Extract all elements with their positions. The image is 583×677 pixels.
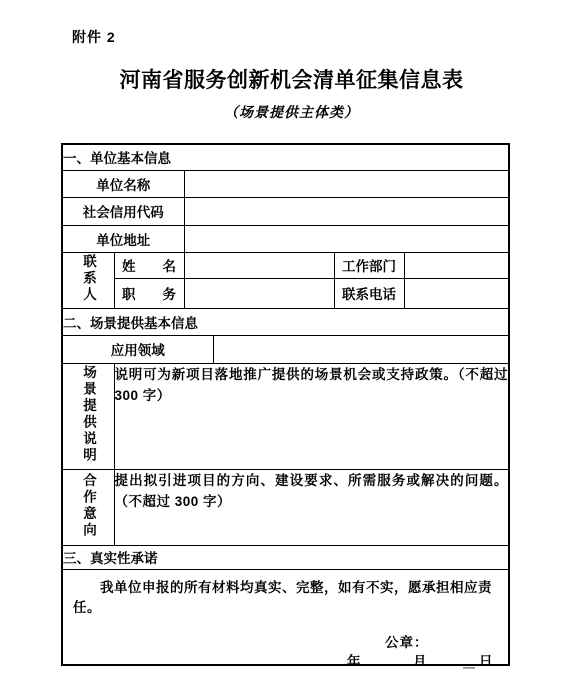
contact-phone-label: 联系电话	[334, 278, 404, 308]
cooperation-intention-label-text: 合作意向	[82, 473, 96, 539]
commitment-content: 我单位申报的所有材料均真实、完整，如有不实，愿承担相应责任。 公章： 年 月 日	[63, 578, 508, 664]
contact-phone-field[interactable]	[404, 278, 509, 308]
credit-code-field[interactable]	[184, 197, 509, 225]
attachment-label: 附件 2	[72, 27, 116, 47]
commitment-statement: 我单位申报的所有材料均真实、完整，如有不实，愿承担相应责任。	[73, 578, 498, 619]
scene-description-label: 场景提供说明	[62, 363, 114, 469]
credit-code-label: 社会信用代码	[62, 197, 184, 225]
table-row: 场景提供说明 说明可为新项目落地推广提供的场景机会或支持政策。（不超过 300 …	[62, 363, 509, 469]
application-field-label: 应用领域	[62, 335, 213, 363]
table-row: 职 务 联系电话	[62, 278, 509, 308]
contact-name-label: 姓 名	[114, 252, 184, 278]
section1-header-row: 一、单位基本信息	[62, 144, 509, 170]
contact-group-label: 联系人	[62, 252, 114, 308]
page-subtitle: （场景提供主体类）	[0, 102, 583, 122]
table-row: 单位名称	[62, 170, 509, 197]
table-row: 我单位申报的所有材料均真实、完整，如有不实，愿承担相应责任。 公章： 年 月 日	[62, 569, 509, 665]
commitment-cell: 我单位申报的所有材料均真实、完整，如有不实，愿承担相应责任。 公章： 年 月 日	[62, 569, 509, 665]
cooperation-intention-label: 合作意向	[62, 469, 114, 545]
scene-description-label-text: 场景提供说明	[82, 365, 96, 464]
unit-address-label: 单位地址	[62, 225, 184, 252]
document-page: 附件 2 河南省服务创新机会清单征集信息表 （场景提供主体类） 一、单位基本信息…	[0, 0, 583, 677]
section2-header-row: 二、场景提供基本信息	[62, 308, 509, 335]
table-row: 单位地址	[62, 225, 509, 252]
contact-group-label-text: 联系人	[82, 254, 96, 304]
scene-description-field[interactable]: 说明可为新项目落地推广提供的场景机会或支持政策。（不超过 300 字）	[114, 363, 509, 469]
work-department-field[interactable]	[404, 252, 509, 278]
table-row: 应用领域	[62, 335, 509, 363]
section3-header-row: 三、真实性承诺	[62, 545, 509, 569]
form-table: 一、单位基本信息 单位名称 社会信用代码 单位地址 联系人 姓 名 工作部门 职…	[61, 143, 510, 666]
unit-name-label: 单位名称	[62, 170, 184, 197]
table-row: 社会信用代码	[62, 197, 509, 225]
section3-heading: 三、真实性承诺	[62, 545, 509, 569]
application-field-input[interactable]	[213, 335, 509, 363]
cooperation-intention-field[interactable]: 提出拟引进项目的方向、建设要求、所需服务或解决的问题。（不超过 300 字）	[114, 469, 509, 545]
section1-heading: 一、单位基本信息	[62, 144, 509, 170]
contact-position-label: 职 务	[114, 278, 184, 308]
contact-position-field[interactable]	[184, 278, 334, 308]
table-row: 联系人 姓 名 工作部门	[62, 252, 509, 278]
section2-heading: 二、场景提供基本信息	[62, 308, 509, 335]
unit-address-field[interactable]	[184, 225, 509, 252]
table-row: 合作意向 提出拟引进项目的方向、建设要求、所需服务或解决的问题。（不超过 300…	[62, 469, 509, 545]
contact-name-field[interactable]	[184, 252, 334, 278]
official-seal-label: 公章：	[385, 631, 429, 651]
work-department-label: 工作部门	[334, 252, 404, 278]
page-title: 河南省服务创新机会清单征集信息表	[0, 64, 583, 94]
unit-name-field[interactable]	[184, 170, 509, 197]
page-number-mark: —	[463, 660, 475, 674]
